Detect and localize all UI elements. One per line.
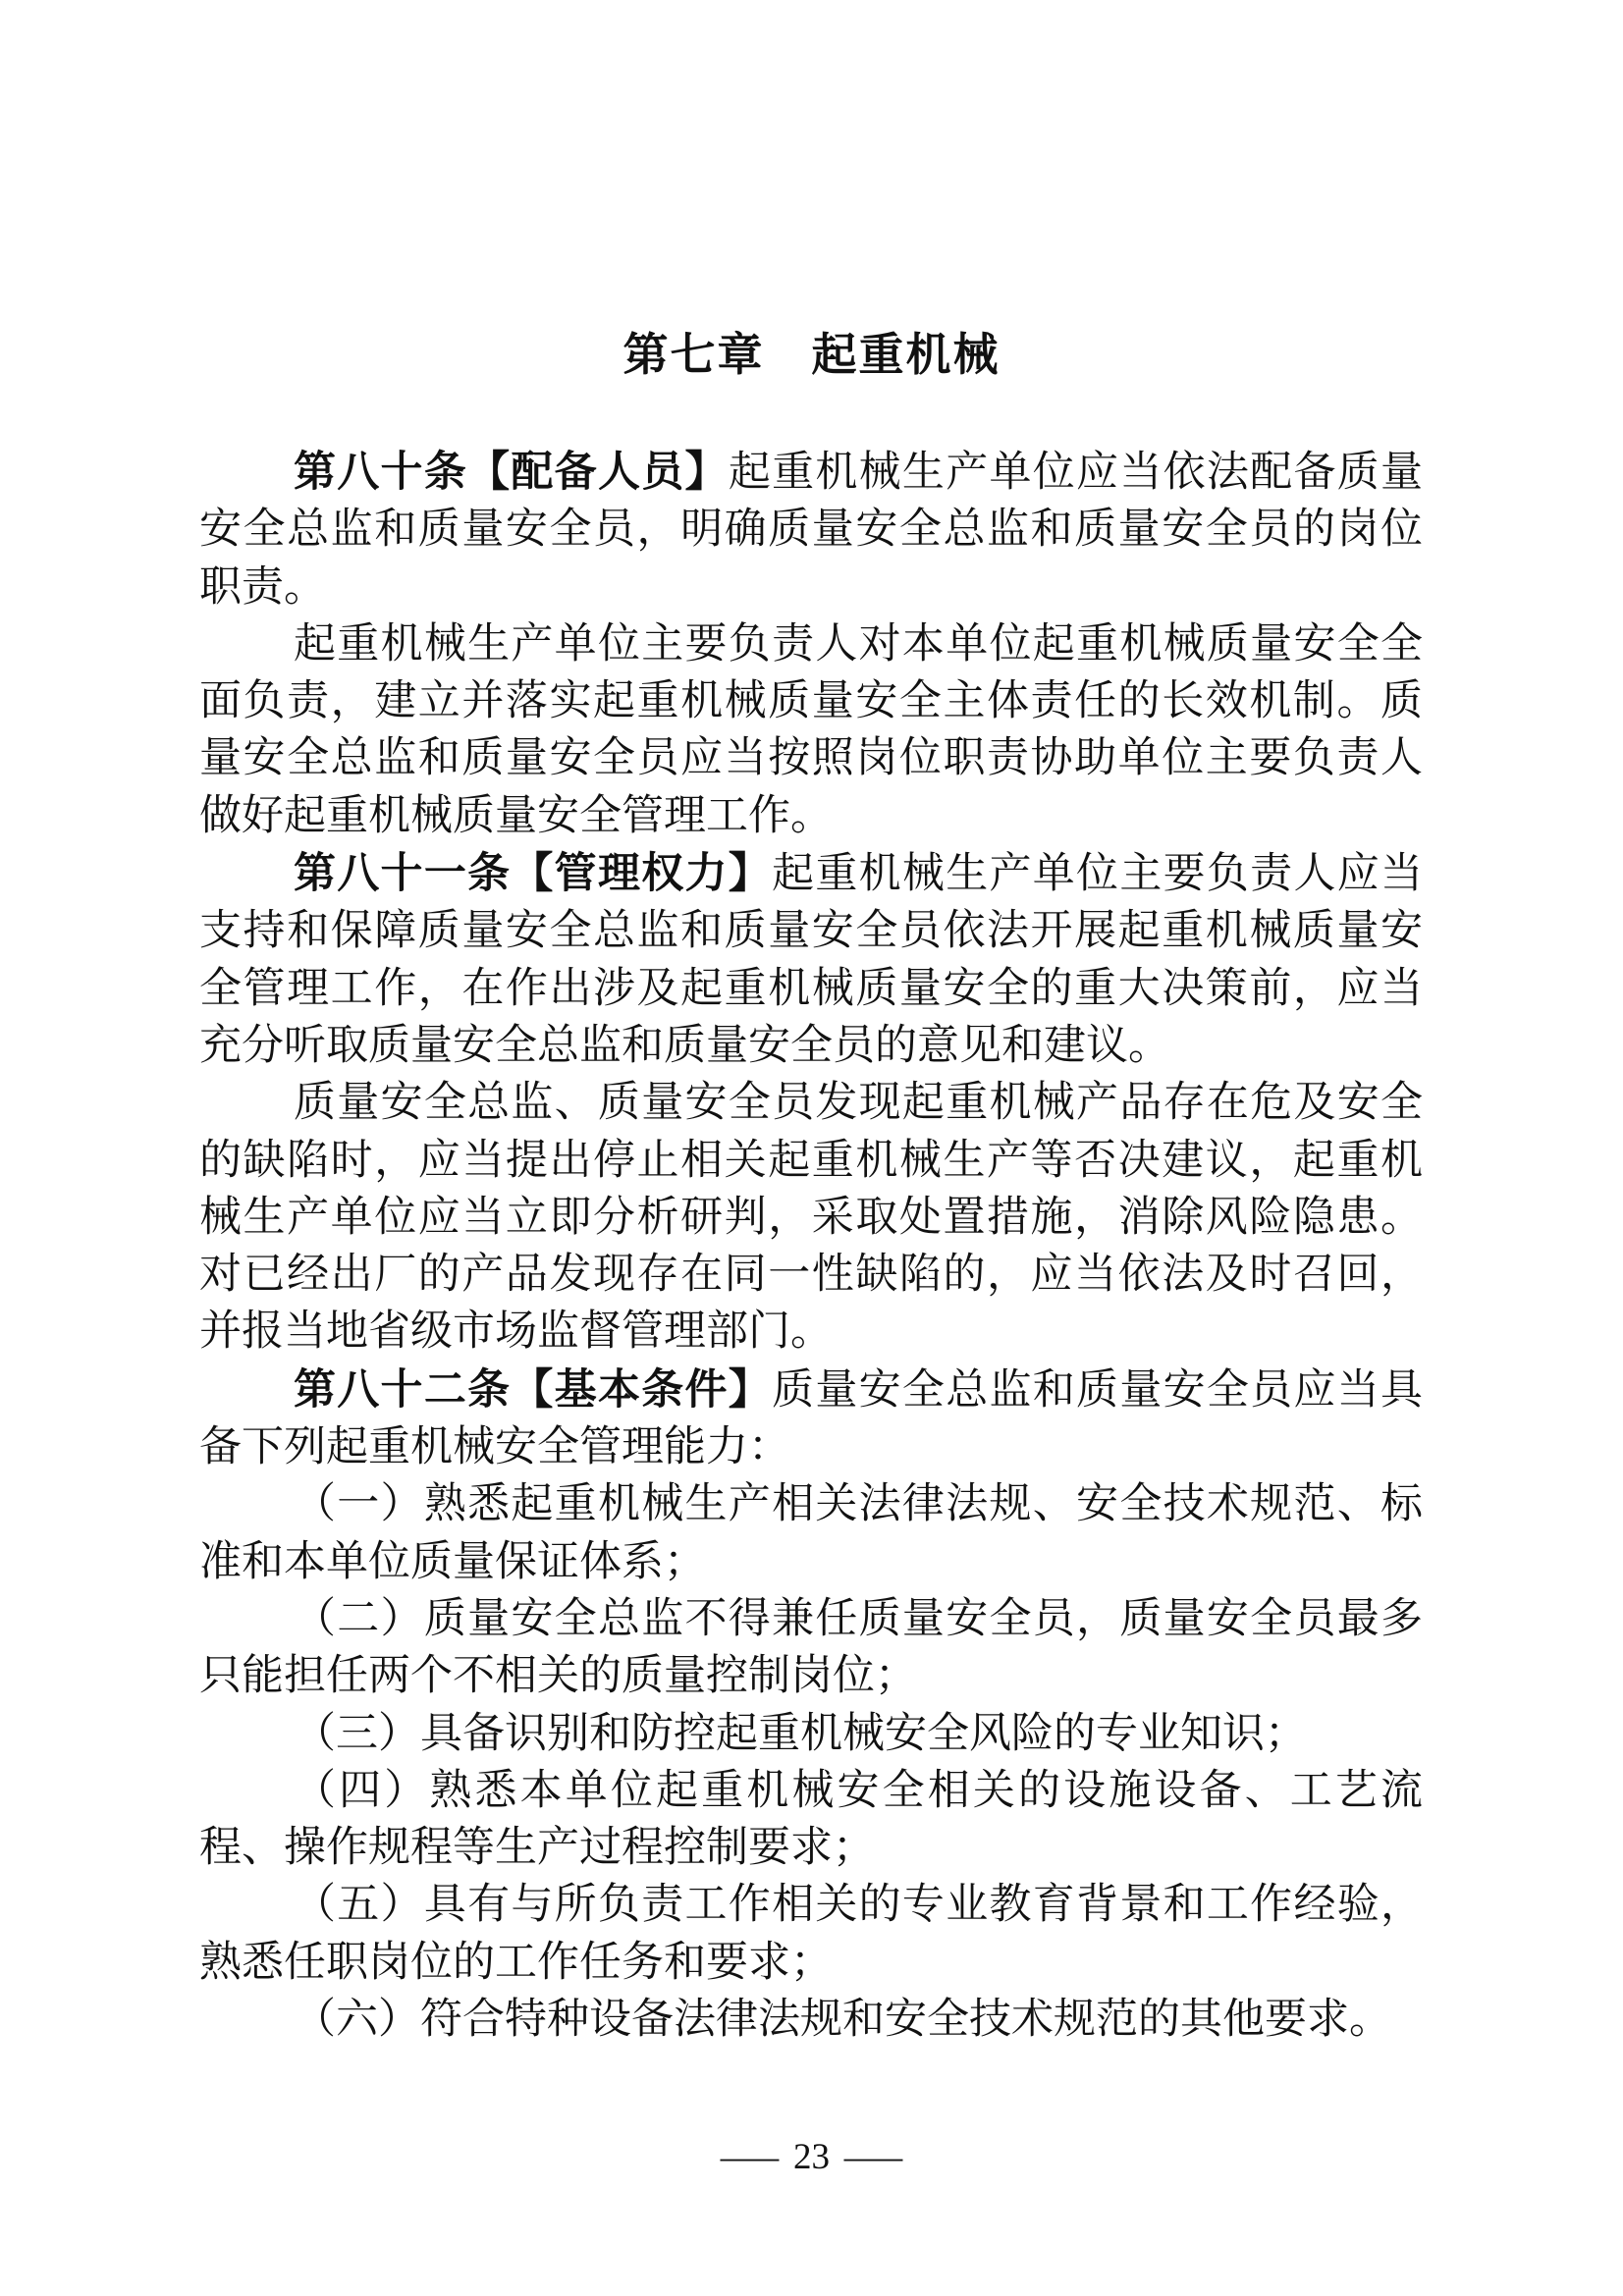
paragraph: 第八十二条【基本条件】质量安全总监和质量安全员应当具备下列起重机械安全管理能力：: [199, 1362, 1423, 1477]
list-item-text: （三）具备识别和防控起重机械安全风险的专业知识；: [294, 1711, 1307, 1757]
list-item-text: （五）具有与所负责工作相关的专业教育背景和工作经验，熟悉任职岗位的工作任务和要求…: [199, 1882, 1423, 1985]
chapter-title: 第七章 起重机械: [0, 0, 1623, 381]
footer-dash-left: —: [721, 2136, 779, 2179]
list-item: （三）具备识别和防控起重机械安全风险的专业知识；: [199, 1706, 1423, 1763]
list-item-text: （二）质量安全总监不得兼任质量安全员，质量安全员最多只能担任两个不相关的质量控制…: [199, 1596, 1423, 1699]
list-item-text: （四）熟悉本单位起重机械安全相关的设施设备、工艺流程、操作规程等生产过程控制要求…: [199, 1768, 1423, 1871]
list-item: （二）质量安全总监不得兼任质量安全员，质量安全员最多只能担任两个不相关的质量控制…: [199, 1591, 1423, 1706]
document-page: 第七章 起重机械 第八十条【配备人员】起重机械生产单位应当依法配备质量安全总监和…: [0, 0, 1623, 2296]
list-item: （六）符合特种设备法律法规和安全技术规范的其他要求。: [199, 1992, 1423, 2049]
paragraph-text: 质量安全总监、质量安全员发现起重机械产品存在危及安全的缺陷时，应当提出停止相关起…: [199, 1080, 1423, 1355]
page-footer: —23—: [0, 2136, 1623, 2179]
list-item: （一）熟悉起重机械生产相关法律法规、安全技术规范、标准和本单位质量保证体系；: [199, 1476, 1423, 1591]
paragraph: 质量安全总监、质量安全员发现起重机械产品存在危及安全的缺陷时，应当提出停止相关起…: [199, 1075, 1423, 1361]
paragraph-text: 起重机械生产单位主要负责人对本单位起重机械质量安全全面负责，建立并落实起重机械质…: [199, 621, 1423, 839]
article-heading: 第八十二条【基本条件】: [294, 1365, 772, 1415]
list-item: （五）具有与所负责工作相关的专业教育背景和工作经验，熟悉任职岗位的工作任务和要求…: [199, 1877, 1423, 1992]
footer-dash-right: —: [844, 2136, 902, 2179]
page-number: 23: [793, 2136, 830, 2179]
document-body: 第八十条【配备人员】起重机械生产单位应当依法配备质量安全总监和质量安全员，明确质…: [199, 444, 1423, 2049]
list-item: （四）熟悉本单位起重机械安全相关的设施设备、工艺流程、操作规程等生产过程控制要求…: [199, 1763, 1423, 1878]
article-heading: 第八十一条【管理权力】: [294, 849, 772, 898]
list-item-text: （一）熟悉起重机械生产相关法律法规、安全技术规范、标准和本单位质量保证体系；: [199, 1481, 1423, 1584]
paragraph: 第八十条【配备人员】起重机械生产单位应当依法配备质量安全总监和质量安全员，明确质…: [199, 444, 1423, 616]
paragraph: 起重机械生产单位主要负责人对本单位起重机械质量安全全面负责，建立并落实起重机械质…: [199, 616, 1423, 845]
article-heading: 第八十条【配备人员】: [294, 448, 729, 497]
list-item-text: （六）符合特种设备法律法规和安全技术规范的其他要求。: [294, 1997, 1391, 2043]
paragraph: 第八十一条【管理权力】起重机械生产单位主要负责人应当支持和保障质量安全总监和质量…: [199, 845, 1423, 1075]
